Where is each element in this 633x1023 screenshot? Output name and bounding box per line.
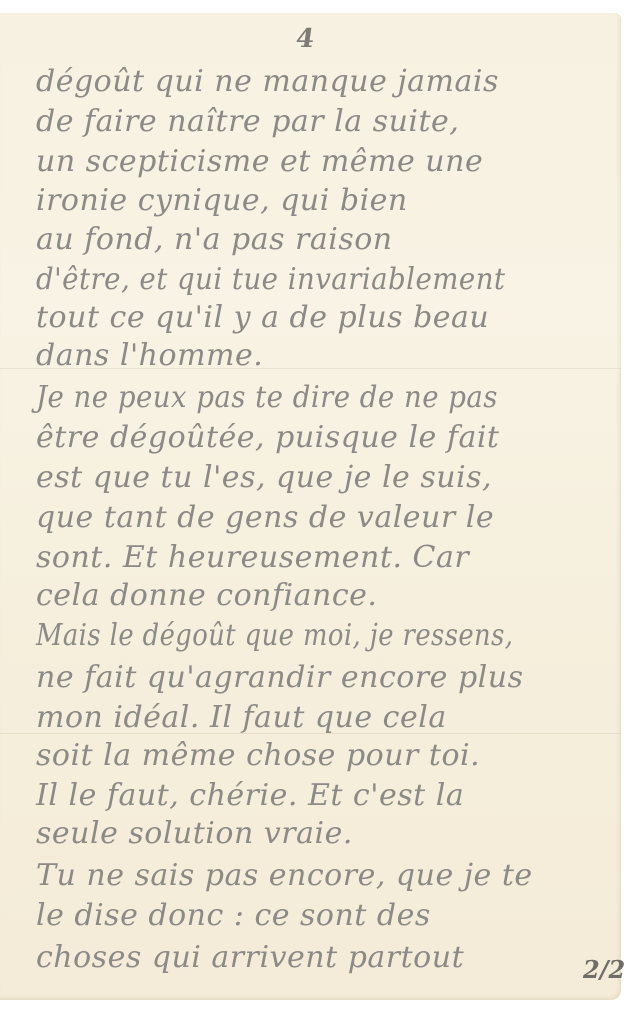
handwritten-line: le dise donc : ce sont des	[36, 898, 431, 933]
handwritten-line: que tant de gens de valeur le	[36, 500, 494, 535]
handwritten-line: Je ne peux pas te dire de ne pas	[36, 380, 498, 415]
handwritten-line: mon idéal. Il faut que cela	[36, 700, 447, 735]
handwritten-line: ne fait qu'agrandir encore plus	[36, 660, 523, 695]
handwritten-line: tout ce qu'il y a de plus beau	[36, 300, 489, 335]
handwritten-line: est que tu l'es, que je le suis,	[36, 460, 492, 495]
handwritten-line: choses qui arrivent partout	[36, 940, 464, 975]
handwritten-line: dans l'homme.	[36, 338, 263, 373]
handwritten-line: au fond, n'a pas raison	[36, 222, 393, 257]
handwritten-line: ironie cynique, qui bien	[36, 183, 408, 218]
handwritten-line: d'être, et qui tue invariablement	[36, 262, 505, 297]
handwritten-line: de faire naître par la suite,	[36, 104, 459, 139]
handwritten-line: Mais le dégoût que moi, je ressens,	[36, 618, 513, 653]
handwritten-line: un scepticisme et même une	[36, 144, 483, 179]
handwritten-line: être dégoûtée, puisque le fait	[36, 420, 499, 455]
handwritten-line: Il le faut, chérie. Et c'est la	[36, 778, 464, 813]
handwritten-line: seule solution vraie.	[36, 816, 353, 851]
handwritten-line: dégoût qui ne manque jamais	[36, 64, 499, 99]
page-count-mark: 2/2	[583, 955, 625, 984]
handwritten-line: sont. Et heureusement. Car	[36, 540, 469, 575]
handwritten-line: soit la même chose pour toi.	[36, 738, 480, 773]
handwritten-line: cela donne confiance.	[36, 578, 377, 613]
handwritten-line: Tu ne sais pas encore, que je te	[36, 858, 533, 893]
